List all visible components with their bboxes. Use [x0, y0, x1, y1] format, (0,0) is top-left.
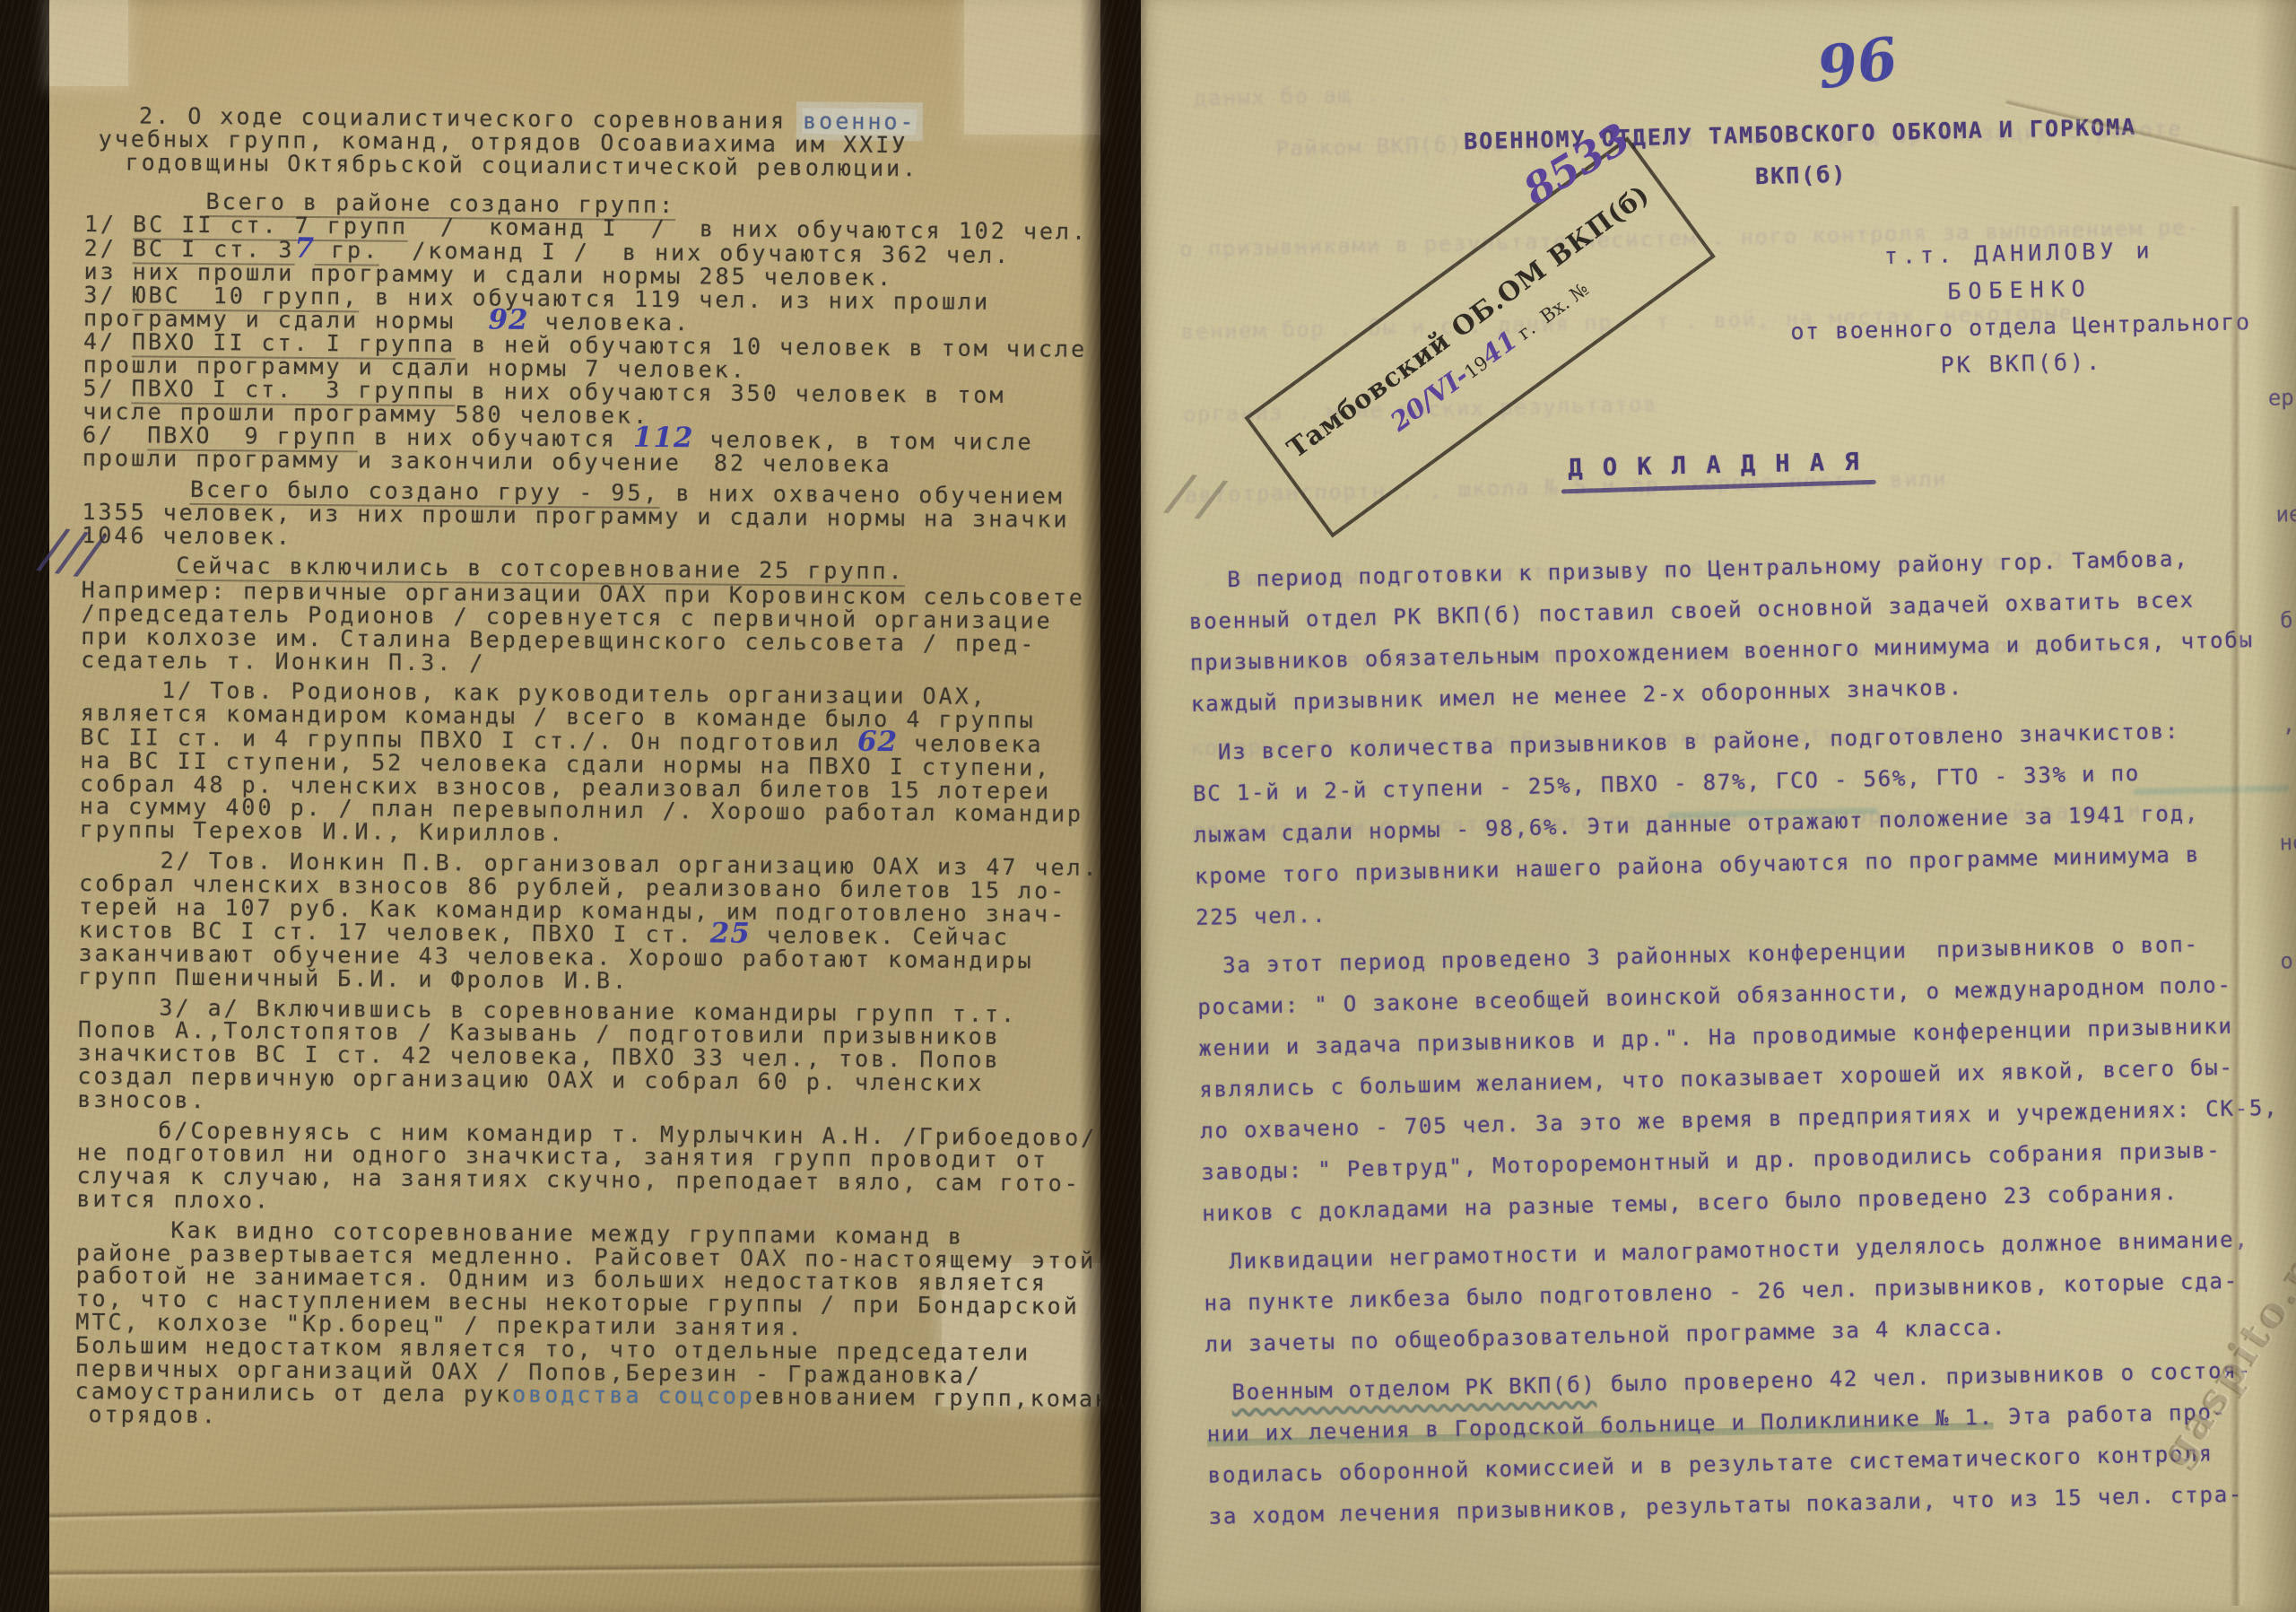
- typed-text: 1046 человек.: [82, 522, 292, 550]
- typed-text: евнованием групп,команд: [755, 1383, 1127, 1412]
- addressee-line: от военного отдела Центрального: [1762, 308, 2279, 345]
- typed-text: групп Пшеничный Б.И. и Фролов И.В.: [78, 963, 629, 994]
- typed-text: оводства соцсор: [512, 1381, 755, 1409]
- typed-text: каждый призывник имел не менее 2-х оборо…: [1191, 675, 1964, 717]
- typed-text: ли зачеты по общеобразовательной програм…: [1205, 1314, 2006, 1356]
- left-page: /// 2. О ходе социалистического соревнов…: [49, 0, 1100, 1612]
- addressee-line: БОБЕНКО: [1761, 271, 2278, 309]
- typed-text-block: 2. О ходе социалистического соревнования…: [74, 104, 1113, 1434]
- handwritten-page-number: 96: [1813, 25, 1902, 103]
- addressee-line: РК ВКП(б).: [1763, 344, 2280, 382]
- right-page: даных бо ащ . . .Райком ВКП(б) на зас . …: [1141, 0, 2296, 1612]
- pencil-mark: //: [1161, 460, 1234, 532]
- typed-text: Военным отделом РК ВКП(б): [1231, 1372, 1596, 1405]
- page-edge-shadow: [2255, 0, 2296, 1612]
- typed-text: взносов.: [77, 1086, 207, 1113]
- right-page-content: даных бо ащ . . .Райком ВКП(б) на зас . …: [1138, 0, 2296, 1612]
- typed-text: было проверено 42 чел. призывников о сос…: [1596, 1357, 2252, 1397]
- bleedthrough-line: даных бо ащ . . .: [1194, 80, 1453, 110]
- paper-crease: [49, 1492, 1100, 1522]
- typed-text: вится плохо.: [76, 1186, 271, 1214]
- typed-text: прошли программу и закончили обучение 82…: [83, 445, 892, 477]
- typed-text: 225 чел..: [1196, 902, 1327, 930]
- archival-document-photo: /// 2. О ходе социалистического соревнов…: [0, 0, 2296, 1612]
- typed-text: 3/: [83, 282, 132, 308]
- paper-crease: [49, 1560, 1100, 1580]
- typed-text: седатель т. Ионкин П.З. /: [81, 647, 486, 676]
- tape-patch: [49, 0, 128, 86]
- typed-text-block: В период подготовки к призыву по Централ…: [1187, 536, 2296, 1538]
- typed-text: годовщины Октябрьской социалистической р…: [126, 149, 919, 181]
- bleedthrough-layer: даных бо ащ . . .Райком ВКП(б) на зас . …: [1138, 0, 2293, 4]
- addressee-block: т.т. ДАНИЛОВУ иБОБЕНКОот военного отдела…: [1761, 234, 2280, 393]
- typed-text: группы Терехов И.И., Кириллов.: [80, 816, 566, 846]
- underpage-edge-fragments: ер:иеб,нео-: [1138, 0, 2293, 4]
- fold-crease: [2230, 206, 2248, 1606]
- typed-text: 1/: [84, 211, 133, 237]
- typed-text: отрядов.: [88, 1401, 218, 1428]
